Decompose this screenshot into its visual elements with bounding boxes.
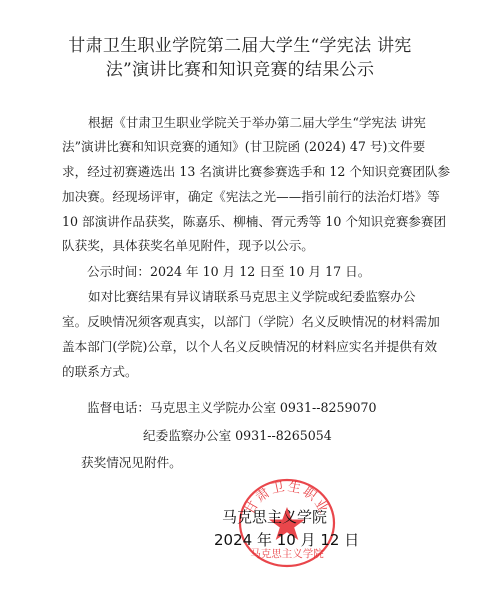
body-line-5: 10 部演讲作品获奖，陈嘉乐、柳楠、胥元秀等 10 个知识竞赛参赛团 (62, 214, 407, 230)
document-title-line-2: 法”演讲比赛和知识竞赛的结果公示 (0, 58, 480, 82)
body-line-1: 根据《甘肃卫生职业学院关于举办第二届大学生“学宪法 讲宪 (88, 115, 407, 131)
supervision-phone-1: 监督电话：马克思主义学院办公室 0931--8259070 (87, 400, 377, 416)
body-line-6: 队获奖，具体获奖名单见附件，现予以公示。 (62, 238, 314, 254)
body-line-2: 法”演讲比赛和知识竞赛的通知》(甘卫院函 (2024) 47 号)文件要 (62, 139, 407, 155)
objection-line-2: 室。反映情况须客观真实，以部门（学院）名义反映情况的材料需加 (62, 314, 407, 330)
objection-line-3: 盖本部门(学院)公章，以个人名义反映情况的材料应实名并提供有效 (62, 339, 407, 355)
supervision-phone-2: 纪委监察办公室 0931--8265054 (143, 428, 332, 444)
signature-date: 2024 年 10 月 12 日 (214, 531, 359, 549)
body-line-3: 求，经过初赛遴选出 13 名演讲比赛参赛选手和 12 个知识竞赛团队参 (62, 164, 407, 180)
objection-line-4: 的联系方式。 (62, 364, 138, 380)
attachment-note: 获奖情况见附件。 (81, 455, 182, 471)
signature-organization: 马克思主义学院 (222, 508, 327, 526)
publicity-period: 公示时间：2024 年 10 月 12 日至 10 月 17 日。 (87, 264, 370, 280)
document-title-line-1: 甘肃卫生职业学院第二届大学生“学宪法 讲宪 (0, 34, 480, 58)
objection-line-1: 如对比赛结果有异议请联系马克思主义学院或纪委监察办公 (88, 289, 407, 305)
body-line-4: 加决赛。经现场评审，确定《宪法之光——指引前行的法治灯塔》等 (62, 189, 407, 205)
